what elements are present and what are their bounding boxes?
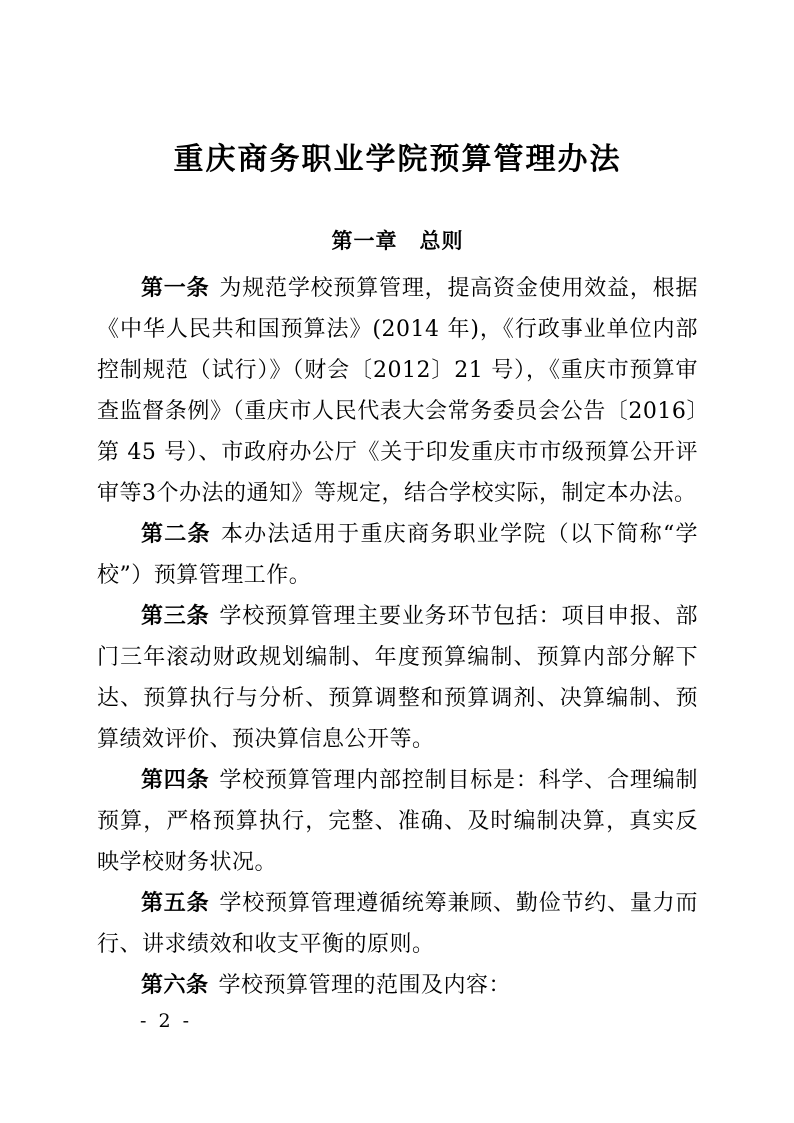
article-label: 第二条 [141, 521, 211, 547]
article-label: 第一条 [141, 275, 209, 301]
page-content: 重庆商务职业学院预算管理办法 第一章 总则 第一条为规范学校预算管理，提高资金使… [97, 140, 698, 1006]
document-title: 重庆商务职业学院预算管理办法 [97, 140, 698, 180]
paragraph: 第六条学校预算管理的范围及内容： [97, 965, 698, 1006]
paragraph: 第五条学校预算管理遵循统筹兼顾、勤俭节约、量力而行、讲求绩效和收支平衡的原则。 [97, 883, 698, 965]
paragraph: 第三条学校预算管理主要业务环节包括：项目申报、部门三年滚动财政规划编制、年度预算… [97, 596, 698, 760]
article-label: 第四条 [141, 767, 209, 793]
document-page: 重庆商务职业学院预算管理办法 第一章 总则 第一条为规范学校预算管理，提高资金使… [0, 0, 794, 1123]
page-number: - 2 - [140, 1008, 192, 1034]
paragraph: 第一条为规范学校预算管理，提高资金使用效益，根据《中华人民共和国预算法》(201… [97, 268, 698, 514]
paragraph: 第二条本办法适用于重庆商务职业学院（以下简称“学校”）预算管理工作。 [97, 514, 698, 596]
article-label: 第五条 [141, 890, 209, 916]
body-text: 第一条为规范学校预算管理，提高资金使用效益，根据《中华人民共和国预算法》(201… [97, 268, 698, 1006]
paragraph: 第四条学校预算管理内部控制目标是：科学、合理编制预算，严格预算执行，完整、准确、… [97, 760, 698, 883]
article-label: 第六条 [141, 972, 209, 998]
article-text: 学校预算管理的范围及内容： [219, 973, 512, 998]
chapter-heading: 第一章 总则 [97, 228, 698, 254]
article-label: 第三条 [141, 603, 209, 629]
article-text: 为规范学校预算管理，提高资金使用效益，根据《中华人民共和国预算法》(2014 年… [97, 276, 698, 506]
